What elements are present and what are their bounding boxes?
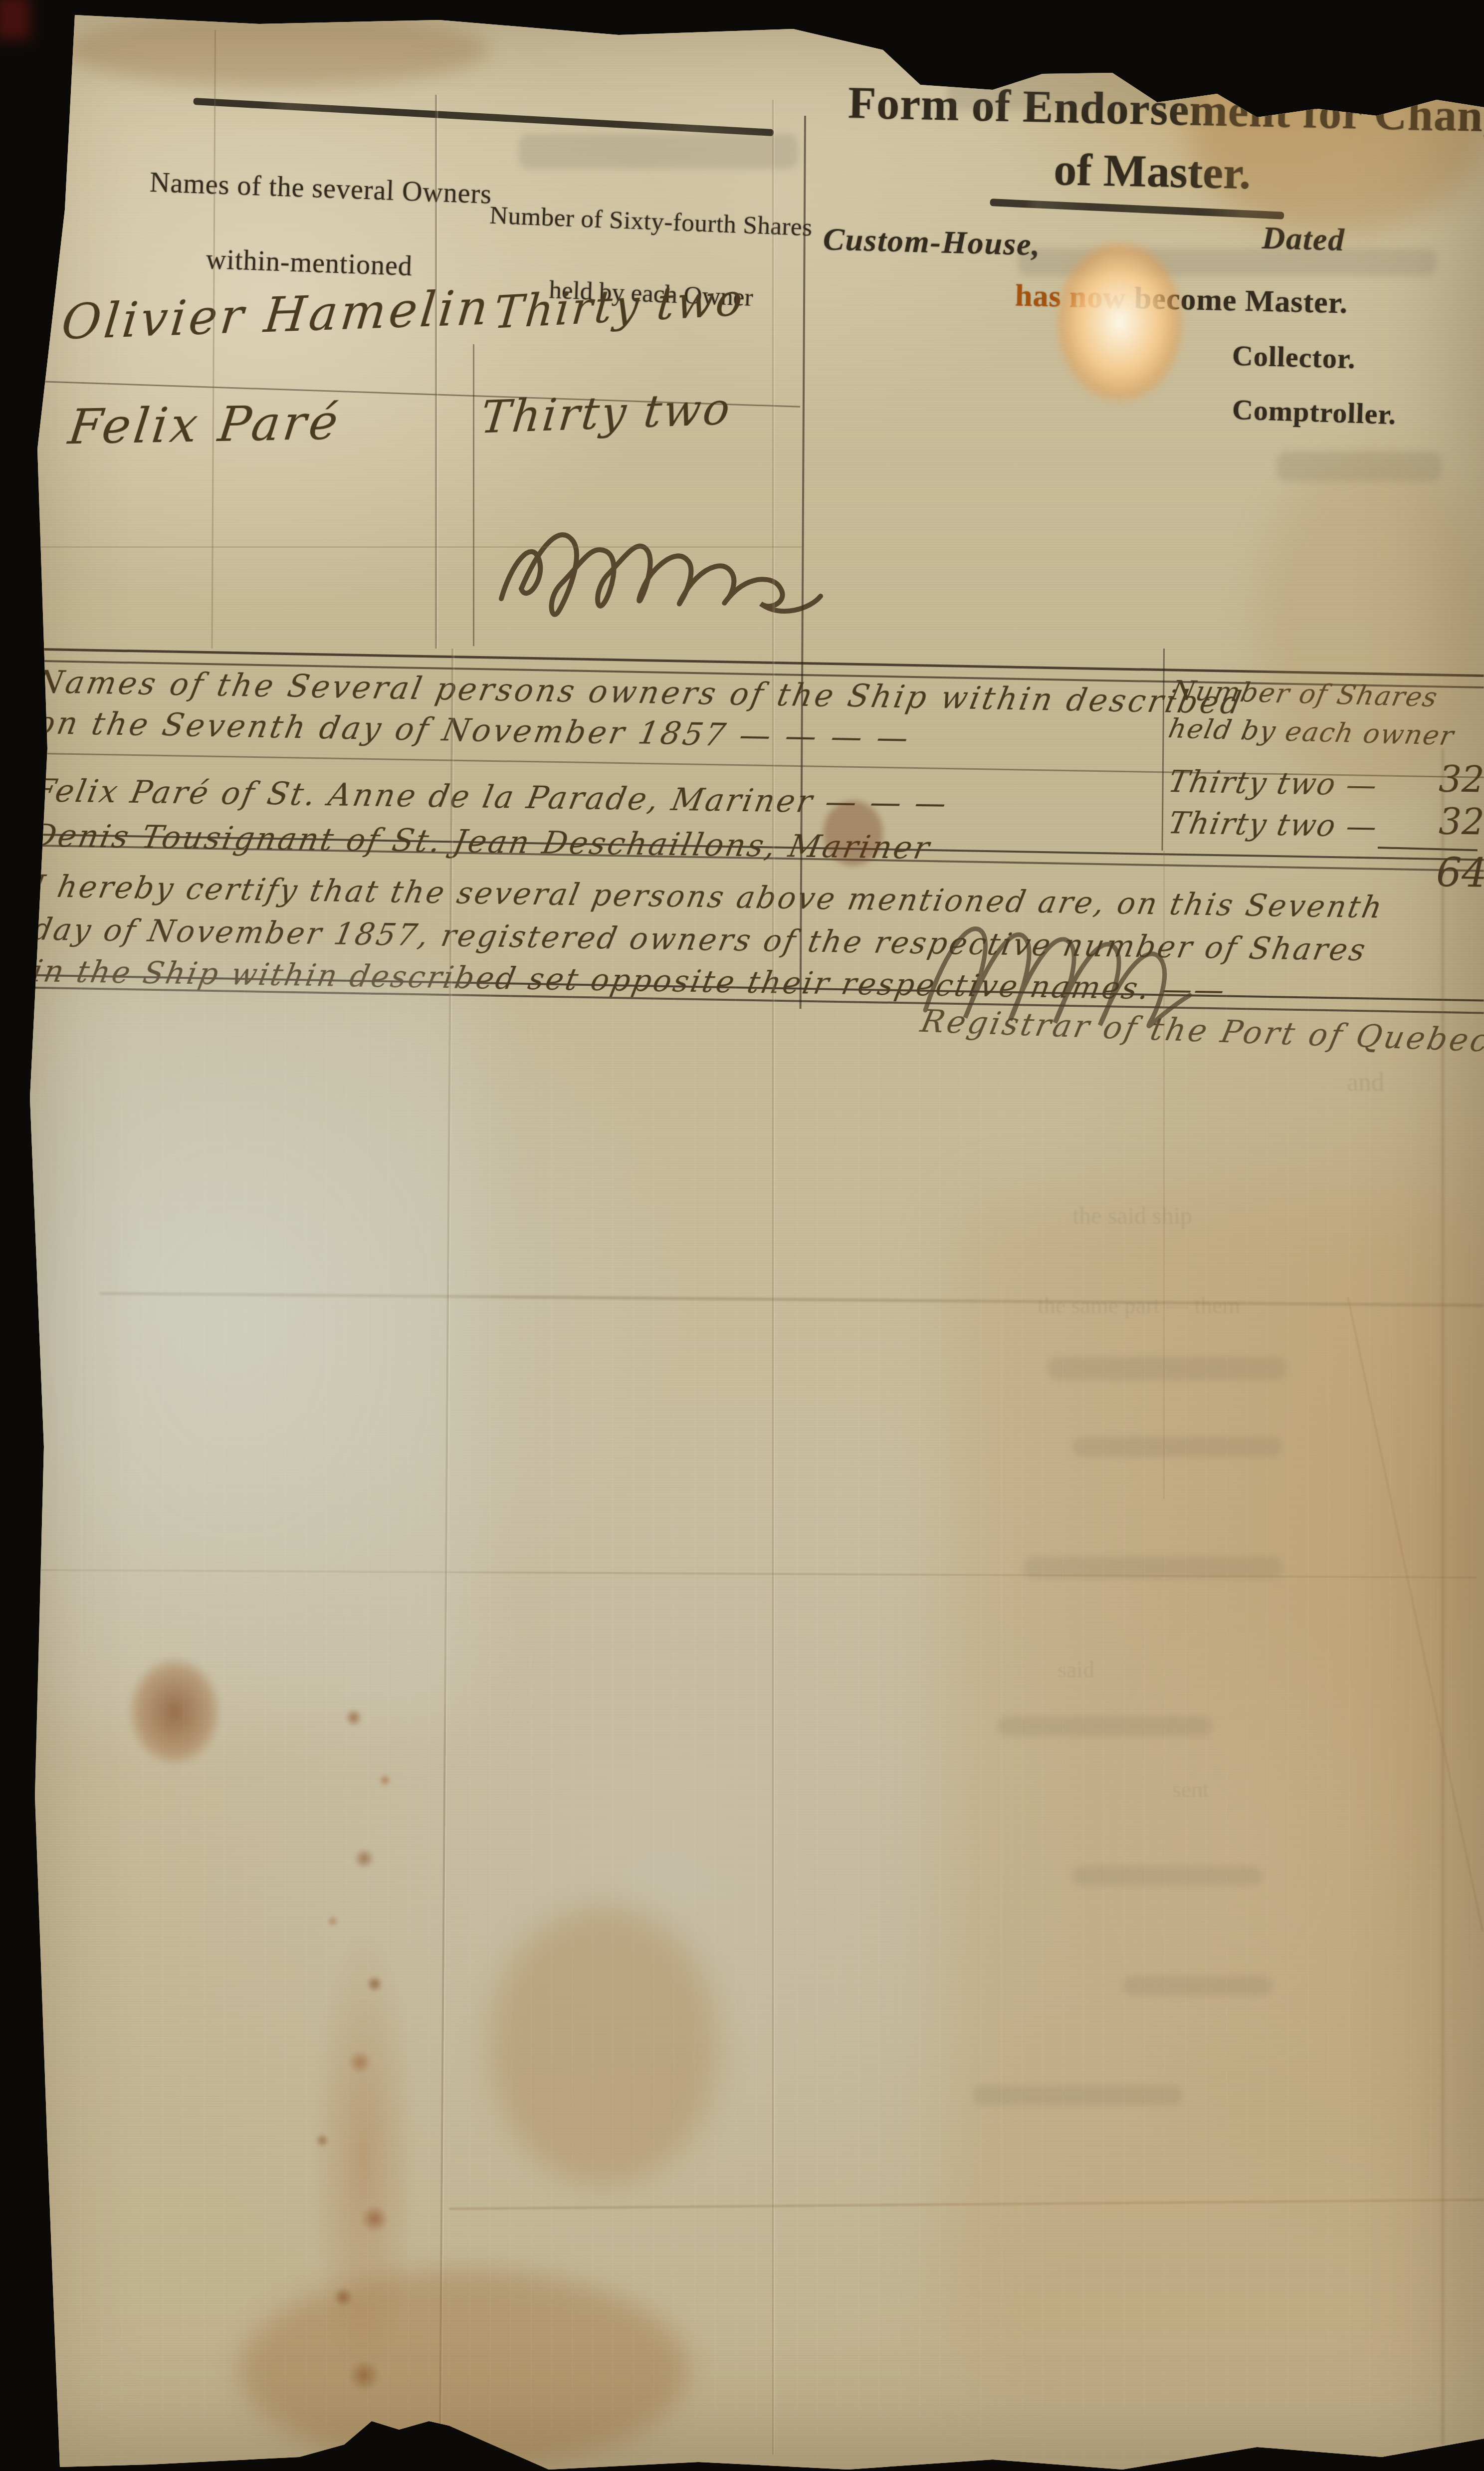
surface-sheen-overlay — [0, 898, 1484, 2471]
horizontal-fold-crease — [100, 1292, 1484, 1307]
ghost-smudge — [1122, 1976, 1272, 1996]
backdrop-red-mark — [0, 0, 30, 40]
became-master-rest: become Master. — [1126, 281, 1348, 320]
ghost-smudge — [973, 2085, 1182, 2105]
owners-col1-header-line2: within-mentioned — [149, 241, 469, 284]
owner-row-name: Felix Paré — [65, 394, 344, 455]
ghost-text-fragment: said — [1058, 1656, 1094, 1683]
collector-label: Collector. — [1232, 339, 1356, 375]
ghost-smudge — [998, 1716, 1212, 1736]
owners-table-top-rule — [193, 98, 774, 136]
horizontal-crease — [449, 2199, 1484, 2210]
ghost-smudge — [1072, 1437, 1282, 1457]
endorsement-title-line1: Form of Endorsement for Change — [848, 76, 1457, 142]
vertical-crease — [772, 100, 774, 2455]
ghost-smudge — [1023, 1557, 1282, 1578]
scanned-document-page: Names of the several Owners within-menti… — [0, 0, 1484, 2471]
owners-table-inner-vertical-line — [473, 344, 474, 646]
ghost-smudge — [1048, 1357, 1287, 1380]
flash-highlight-spot — [1035, 215, 1205, 429]
horizontal-crease — [30, 1569, 1477, 1578]
registry-row-shares-figure: 32 — [1439, 801, 1484, 844]
registry-row-owner: Felix Paré of St. Anne de la Parade, Mar… — [30, 772, 951, 821]
registry-row-shares-words: Thirty two — — [1165, 764, 1381, 803]
ghost-smudge — [519, 134, 798, 169]
diagonal-crease — [1347, 1297, 1484, 1931]
lower-right-tan-wash — [948, 1197, 1484, 2395]
owners-col1-header-line1: Names of the several Owners — [149, 167, 469, 210]
owners-col2-header-line1: Number of Sixty-fourth Shares — [486, 201, 816, 242]
rust-stain-trail — [259, 1686, 469, 2470]
ghost-text-fragment: and — [1347, 1068, 1384, 1097]
rust-blotch — [115, 1641, 234, 1781]
lower-left-pale-wash — [30, 973, 479, 1721]
comptroller-label: Comptroller. — [1232, 393, 1397, 431]
registry-row-owner: Denis Tousignant of St. Jean Deschaillon… — [28, 817, 934, 866]
registry-row-shares-figure: 32 — [1439, 758, 1484, 801]
ghost-smudge — [1018, 248, 1437, 276]
parchment-sheet: Names of the several Owners within-menti… — [0, 0, 1484, 2471]
top-left-stain-band — [65, 12, 489, 87]
registry-shares-header-line2: held by each owner — [1166, 712, 1457, 751]
registry-shares-total: 64 — [1436, 849, 1484, 897]
soft-brown-stain — [489, 1906, 718, 2185]
vertical-fold-right — [1442, 748, 1444, 2445]
became-master-line: has now become Master. — [1015, 278, 1348, 321]
dated-label: Dated — [1262, 220, 1345, 258]
ghost-text-fragment: sent — [1172, 1776, 1209, 1802]
ghost-smudge — [1277, 451, 1442, 481]
owner-row-shares: Thirty two — [478, 383, 734, 443]
endorsement-title-line2: of Master. — [848, 138, 1457, 204]
master-signature-scrawl — [491, 504, 831, 624]
bottom-smear-stain — [239, 2270, 688, 2470]
registry-shares-vertical-line — [1161, 649, 1165, 851]
registry-row-shares-words: Thirty two — — [1165, 806, 1381, 844]
custom-house-label: Custom-House, — [823, 221, 1042, 263]
ghost-text-fragment: the same part — them — [1038, 1292, 1240, 1319]
ghost-text-fragment: the said ship — [1072, 1202, 1192, 1230]
endorsement-title-rule — [990, 199, 1284, 220]
became-master-highlight: has now — [1015, 278, 1126, 315]
owner-row-name: Olivier Hamelin — [59, 279, 494, 351]
ghost-smudge — [1072, 1866, 1262, 1886]
